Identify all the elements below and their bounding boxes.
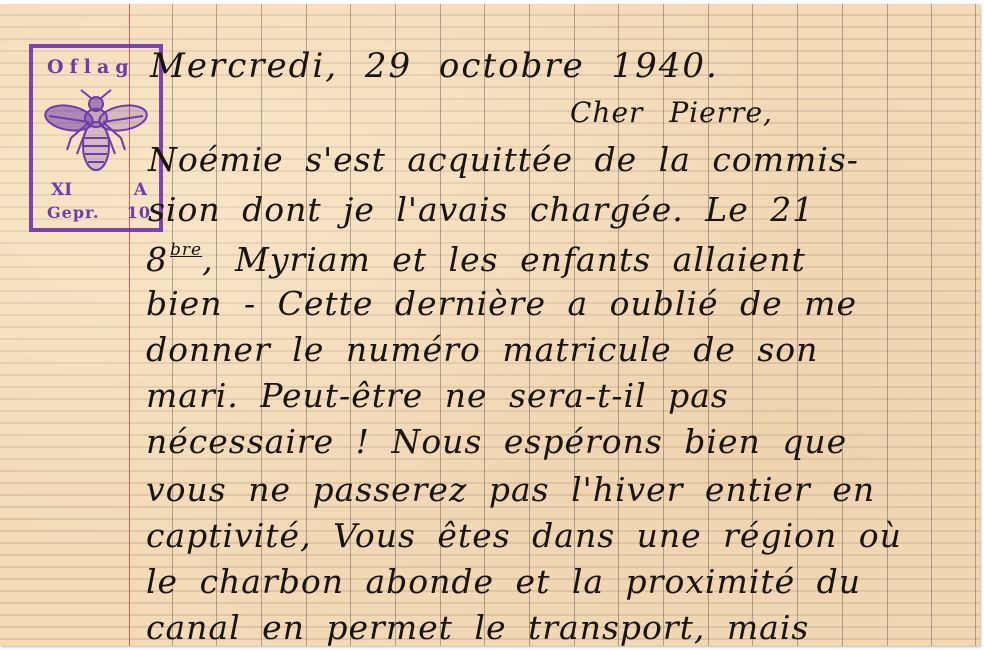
letter-line: vous ne passerez pas l'hiver entier en — [146, 470, 875, 509]
letter-body: Mercredi, 29 octobre 1940. Cher Pierre, … — [0, 4, 980, 646]
letter-line: 8bre, Myriam et les enfants allaient — [146, 240, 806, 279]
letter-line: Noémie s'est acquittée de la commis- — [148, 140, 859, 179]
letter-line: mari. Peut-être ne sera-t-il pas — [146, 376, 729, 415]
letter-line: sion dont je l'avais chargée. Le 21 — [148, 190, 814, 229]
letter-line: le charbon abonde et la proximité du — [146, 562, 861, 601]
letter-line: canal en permet le transport, mais — [146, 608, 809, 647]
letter-line: bien - Cette dernière a oublié de me — [146, 284, 857, 323]
letter-date: Mercredi, 29 octobre 1940. — [150, 46, 719, 86]
letter-line-rest: , Myriam et les enfants allaient — [202, 240, 806, 279]
letter-line: captivité, Vous êtes dans une région où — [146, 516, 902, 555]
letter-paper: Oflag XI A Gepr. — [0, 4, 980, 646]
date-numeral: 8 — [146, 240, 168, 279]
month-abbreviation-superscript: bre — [170, 240, 202, 260]
letter-line: nécessaire ! Nous espérons bien que — [146, 422, 847, 461]
letter-salutation: Cher Pierre, — [570, 96, 773, 129]
letter-line: donner le numéro matricule de son — [146, 330, 818, 369]
